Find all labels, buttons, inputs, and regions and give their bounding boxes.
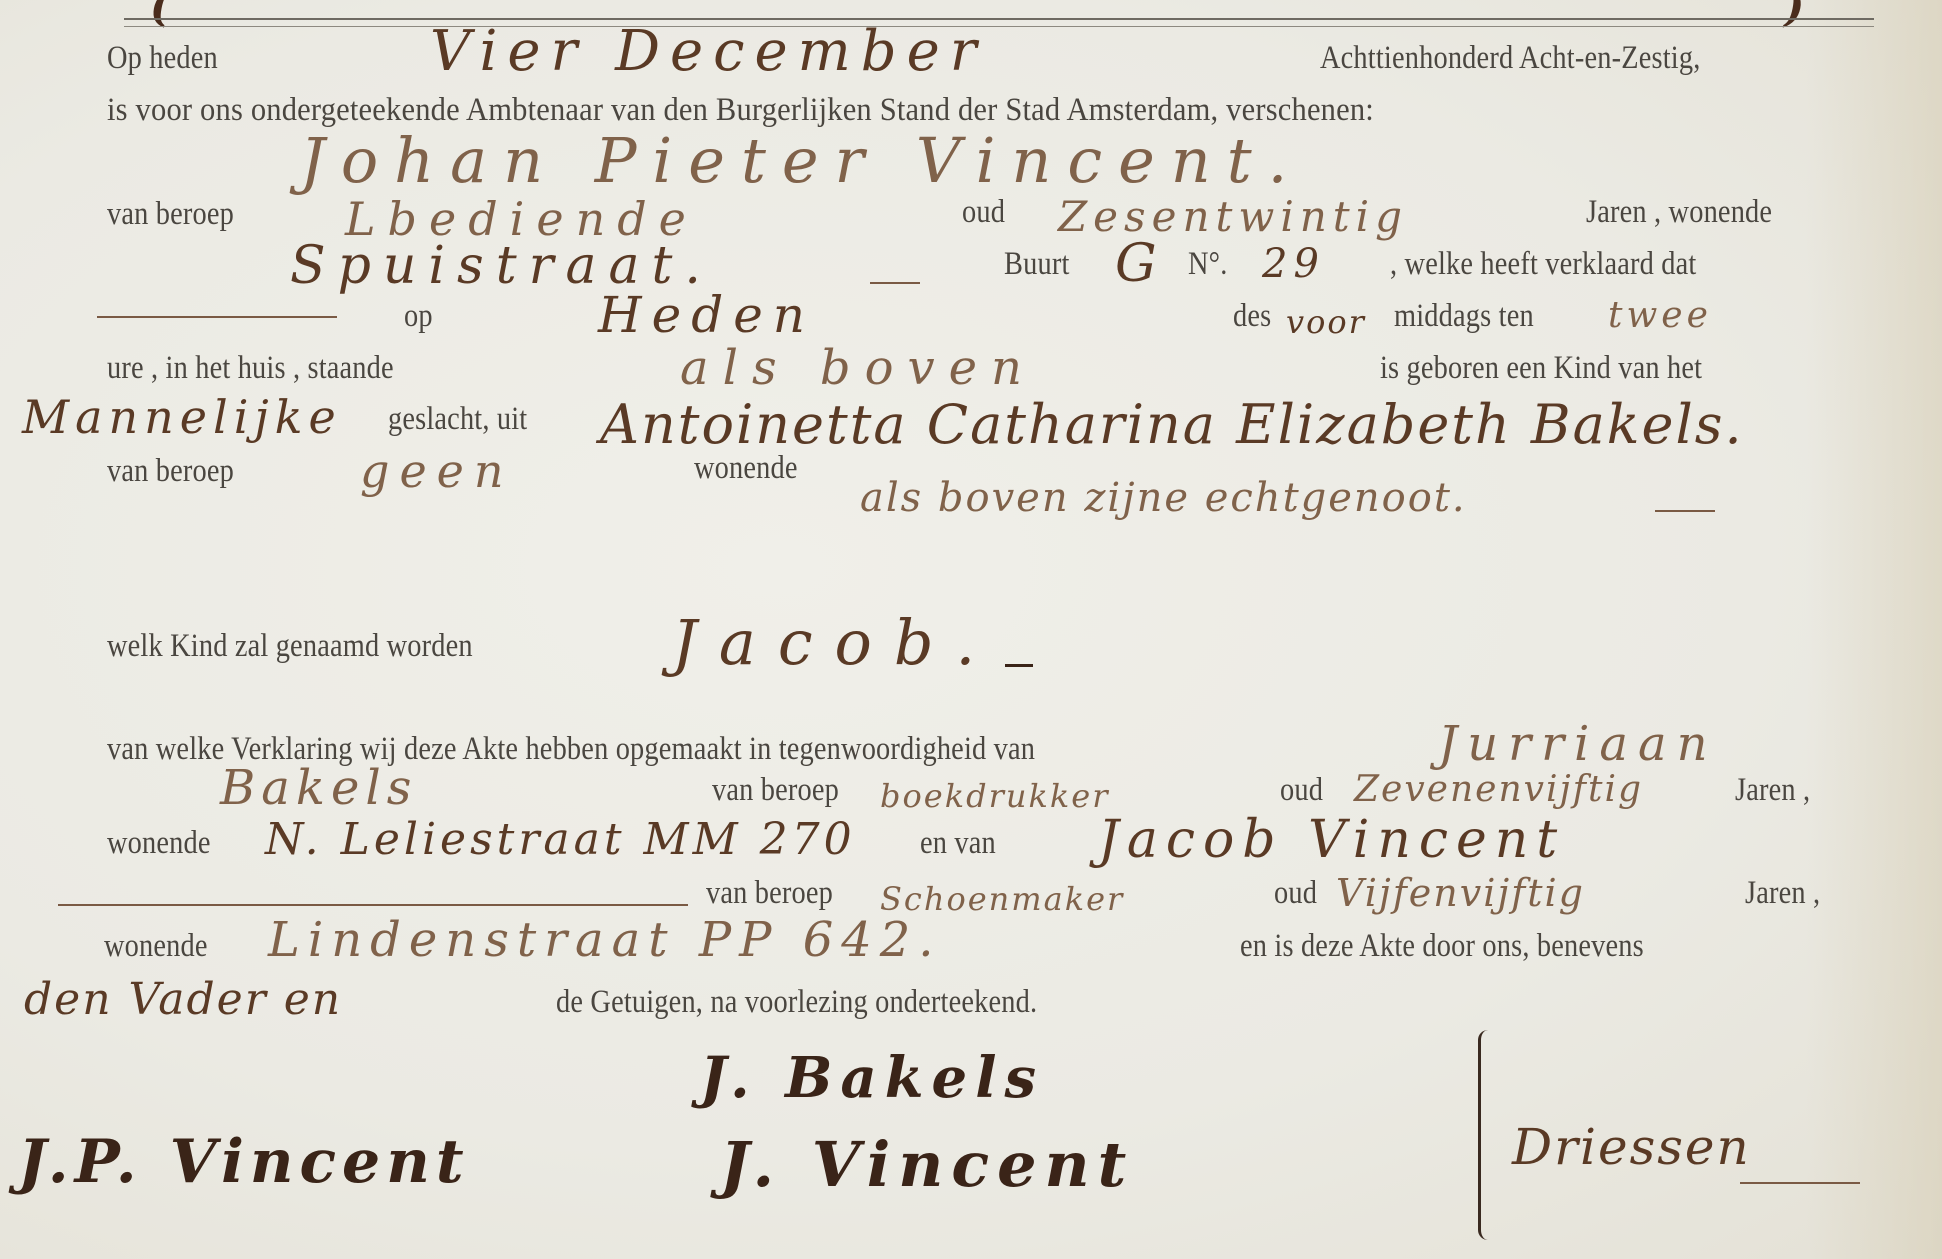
- label-geslacht-uit: geslacht, uit: [388, 403, 527, 436]
- signature-witness1: J. Bakels: [700, 1050, 1044, 1106]
- label-wonende-w1: wonende: [107, 827, 211, 860]
- label-op-heden: Op heden: [107, 42, 218, 75]
- hw-street: Spuistraat.: [290, 240, 713, 292]
- hw-witness2-name: Jacob Vincent: [1098, 814, 1565, 866]
- label-des: des: [1233, 300, 1271, 333]
- hw-child-name: Jacob.: [672, 612, 997, 674]
- signature-brace: [1478, 1030, 1495, 1240]
- hw-house-location: als boven: [680, 344, 1036, 392]
- label-van-beroep-w1: van beroep: [712, 774, 839, 807]
- label-oud-1: oud: [962, 196, 1005, 229]
- label-welk-kind: welk Kind zal genaamd worden: [107, 630, 473, 663]
- label-welke-heeft: , welke heeft verklaard dat: [1390, 248, 1696, 281]
- label-op: op: [404, 300, 433, 333]
- hw-day-month: Vier December: [430, 24, 986, 80]
- signature-official-flourish: [1740, 1182, 1860, 1184]
- hw-witness1-residence: N. Leliestraat MM 270: [265, 818, 856, 862]
- hw-witness1-first: Jurriaan: [1438, 720, 1718, 768]
- signature-witness2: J. Vincent: [720, 1134, 1134, 1196]
- header-rule-bottom: [124, 26, 1874, 27]
- hw-blank-line-w2: [58, 904, 688, 906]
- label-middags-ten: middags ten: [1394, 300, 1534, 333]
- label-ambtenaar-line: is voor ons ondergeteekende Ambtenaar va…: [107, 94, 1374, 127]
- hw-house-no: 29: [1262, 244, 1325, 284]
- label-oud-w1: oud: [1280, 774, 1323, 807]
- hw-den-vader: den Vader en: [24, 978, 342, 1022]
- hw-age: Zesentwintig: [1058, 196, 1408, 238]
- hw-buurt-letter: G: [1115, 238, 1163, 290]
- label-buurt: Buurt: [1004, 248, 1070, 281]
- hw-mother-residence-dash: [1655, 510, 1715, 512]
- hw-witness2-residence: Lindenstraat PP 642.: [268, 916, 942, 964]
- label-jaren-wonende: Jaren , wonende: [1586, 196, 1772, 229]
- hw-day: Heden: [598, 290, 815, 340]
- hw-street-dash: [870, 282, 920, 284]
- hw-blank-line-op: [97, 316, 337, 318]
- label-jaren-w2: Jaren ,: [1745, 877, 1820, 910]
- label-getuigen: de Getuigen, na voorlezing onderteekend.: [556, 986, 1037, 1019]
- header-rule-top: [124, 18, 1874, 20]
- signature-father: J.P. Vincent: [18, 1132, 470, 1192]
- hw-hour: twee: [1608, 298, 1712, 334]
- hw-mother-residence: als boven zijne echtgenoot.: [860, 478, 1467, 518]
- label-year: Achttienhonderd Acht-en-Zestig,: [1320, 42, 1700, 75]
- hw-witness2-occupation: Schoenmaker: [880, 883, 1124, 915]
- hw-witness1-age: Zevenenvijftig: [1354, 772, 1643, 808]
- label-van-beroep-2: van beroep: [107, 455, 234, 488]
- label-wonende-mother: wonende: [694, 452, 798, 485]
- label-wonende-w2: wonende: [104, 930, 208, 963]
- hw-sex: Mannelijke: [22, 394, 342, 440]
- label-jaren-w1: Jaren ,: [1735, 774, 1810, 807]
- label-ure-huis: ure , in het huis , staande: [107, 352, 394, 385]
- label-van-beroep-w2: van beroep: [706, 877, 833, 910]
- hw-witness1-last: Bakels: [220, 764, 417, 812]
- label-van-beroep-1: van beroep: [107, 198, 234, 231]
- hw-mother: Antoinetta Catharina Elizabeth Bakels.: [600, 398, 1744, 452]
- label-en-is-deze: en is deze Akte door ons, benevens: [1240, 930, 1644, 963]
- label-oud-w2: oud: [1274, 877, 1317, 910]
- hw-witness2-age: Vijfenvijftig: [1336, 874, 1585, 912]
- hw-child-name-dash: [1005, 664, 1033, 667]
- label-no: N°.: [1188, 248, 1227, 281]
- hw-voor: voor: [1286, 306, 1366, 338]
- hw-mother-occupation: geen: [360, 448, 514, 494]
- label-en-van: en van: [920, 827, 996, 860]
- signature-official: Driessen: [1512, 1122, 1751, 1172]
- hw-declarant-name: Johan Pieter Vincent.: [300, 130, 1303, 192]
- label-is-geboren: is geboren een Kind van het: [1380, 352, 1702, 385]
- certificate-page: ( ) Op heden Vier December Achttienhonde…: [0, 0, 1942, 1259]
- hw-witness1-occupation: boekdrukker: [880, 780, 1109, 812]
